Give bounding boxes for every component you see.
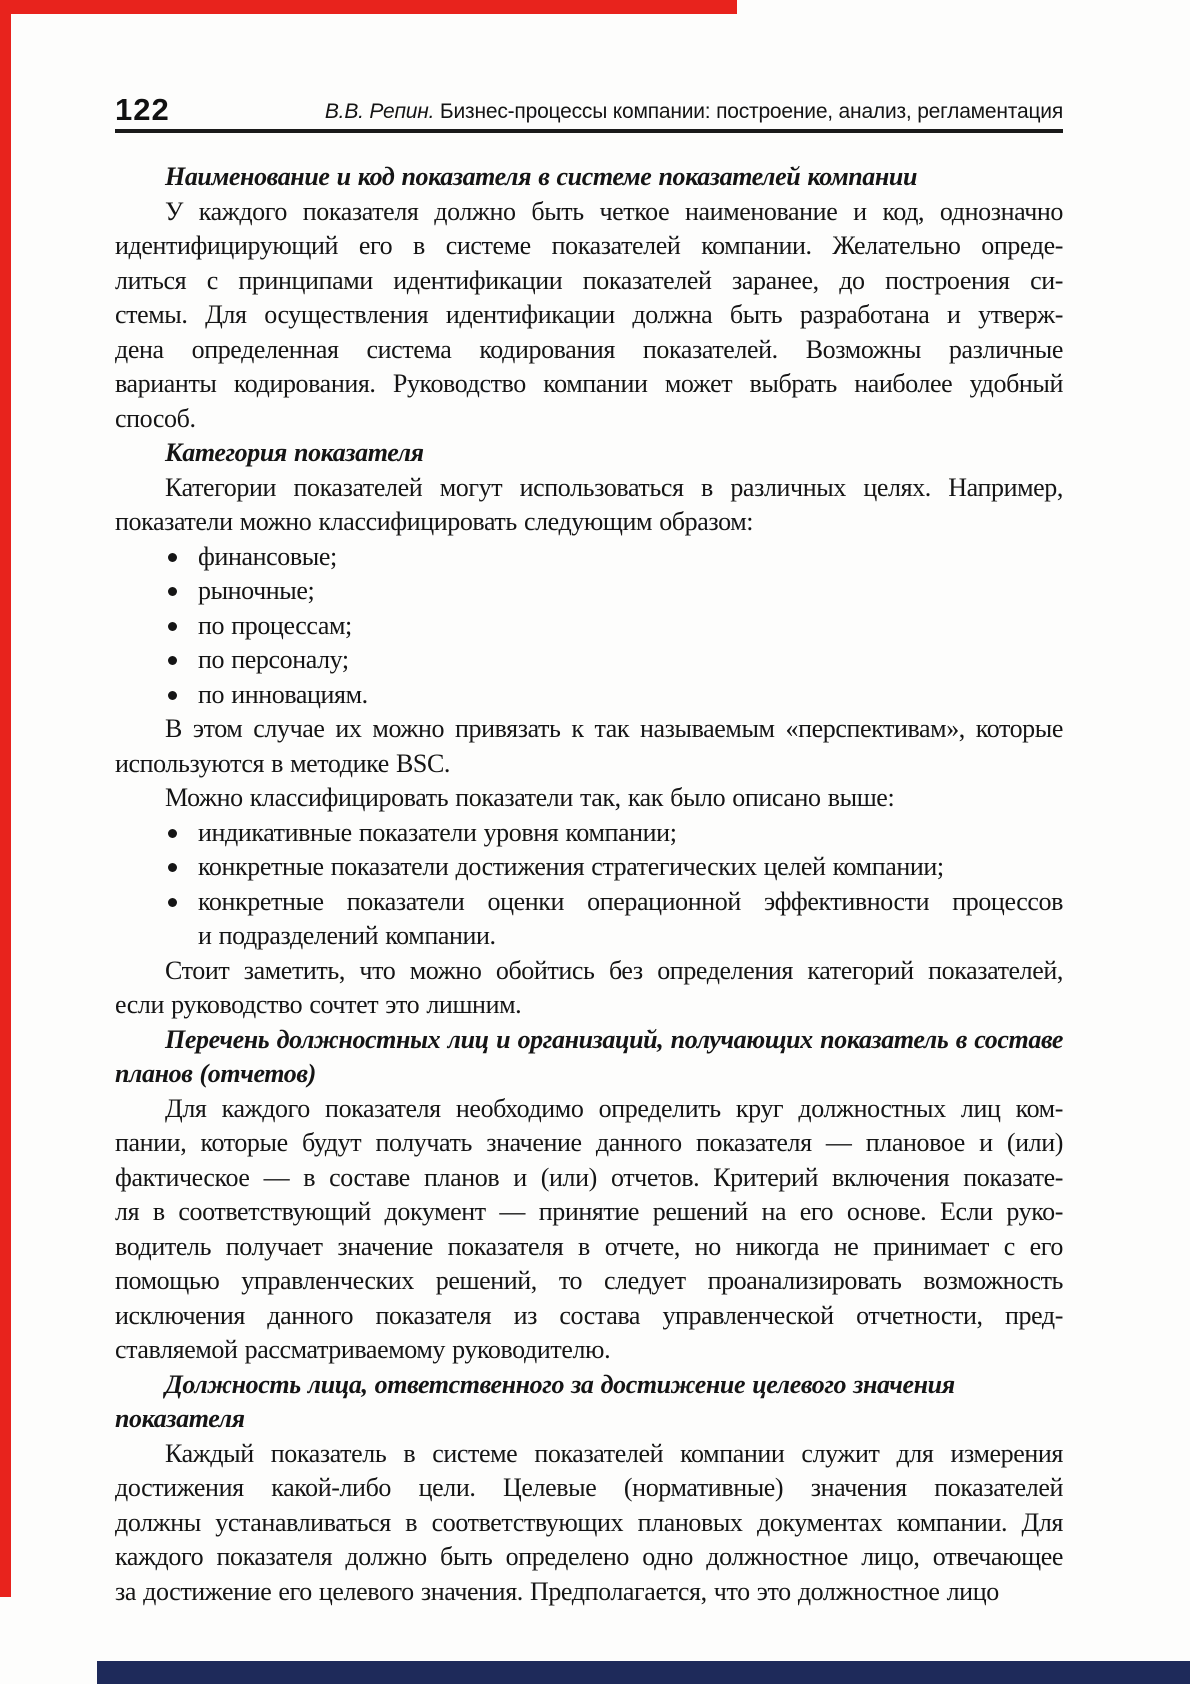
bullet-icon bbox=[168, 863, 177, 872]
paragraph: Каждый показатель в системе показателей … bbox=[115, 1437, 1063, 1610]
list-item: конкретные показатели достижения стратег… bbox=[115, 850, 1063, 885]
text-line: Должность лица, ответственного за достиж… bbox=[115, 1368, 1063, 1437]
text-line: У каждого показателя должно быть четкое … bbox=[115, 195, 1063, 230]
text-line: Стоит заметить, что можно обойтись без о… bbox=[115, 954, 1063, 989]
list-item-text: финансовые; bbox=[198, 540, 1063, 575]
bullet-icon bbox=[168, 656, 177, 665]
text-line: Перечень должностных лиц и организаций, … bbox=[115, 1023, 1063, 1058]
text-line: по процессам; bbox=[198, 609, 1063, 644]
text-line: если руководство сочтет это лишним. bbox=[115, 988, 1063, 1023]
list-item-text: конкретные показатели оценки операционно… bbox=[198, 885, 1063, 954]
header-rule bbox=[115, 129, 1063, 133]
text-line: исключения данного показателя из состава… bbox=[115, 1299, 1063, 1334]
text-line: каждого показателя должно быть определен… bbox=[115, 1540, 1063, 1575]
page-content: Наименование и код показателя в системе … bbox=[115, 160, 1063, 1609]
list-item: по персоналу; bbox=[115, 643, 1063, 678]
scan-artifact-bottom-bar bbox=[97, 1661, 1190, 1684]
text-line: дена определенная система кодирования по… bbox=[115, 333, 1063, 368]
bullet-icon bbox=[168, 587, 177, 596]
list-item: индикативные показатели уровня компании; bbox=[115, 816, 1063, 851]
text-line: за достижение его целевого значения. Пре… bbox=[115, 1575, 1063, 1610]
text-line: финансовые; bbox=[198, 540, 1063, 575]
text-line: В этом случае их можно привязать к так н… bbox=[115, 712, 1063, 747]
text-line: Каждый показатель в системе показателей … bbox=[115, 1437, 1063, 1472]
bullet-icon bbox=[168, 829, 177, 838]
text-line: стемы. Для осуществления идентификации д… bbox=[115, 298, 1063, 333]
text-line: фактическое — в составе планов и (или) о… bbox=[115, 1161, 1063, 1196]
text-line: Категории показателей могут использовать… bbox=[115, 471, 1063, 506]
text-line: способ. bbox=[115, 402, 1063, 437]
bullet-icon bbox=[168, 553, 177, 562]
bullet-list: финансовые;рыночные;по процессам;по перс… bbox=[115, 540, 1063, 713]
text-line: используются в методике BSC. bbox=[115, 747, 1063, 782]
list-item-text: конкретные показатели достижения стратег… bbox=[198, 850, 1063, 885]
list-item: рыночные; bbox=[115, 574, 1063, 609]
text-line: пании, которые будут получать значение д… bbox=[115, 1126, 1063, 1161]
text-line: конкретные показатели достижения стратег… bbox=[198, 850, 1063, 885]
list-item: по процессам; bbox=[115, 609, 1063, 644]
paragraph: Стоит заметить, что можно обойтись без о… bbox=[115, 954, 1063, 1023]
text-line: показатели можно классифицировать следую… bbox=[115, 505, 1063, 540]
paragraph: У каждого показателя должно быть четкое … bbox=[115, 195, 1063, 437]
text-line: и подразделений компании. bbox=[198, 919, 1063, 954]
text-line: Можно классифицировать показатели так, к… bbox=[115, 781, 1063, 816]
text-line: рыночные; bbox=[198, 574, 1063, 609]
text-line: варианты кодирования. Руководство компан… bbox=[115, 367, 1063, 402]
list-item: конкретные показатели оценки операционно… bbox=[115, 885, 1063, 954]
bullet-icon bbox=[168, 622, 177, 631]
section-heading: Должность лица, ответственного за достиж… bbox=[115, 1368, 1063, 1437]
paragraph: Можно классифицировать показатели так, к… bbox=[115, 781, 1063, 816]
bullet-icon bbox=[168, 691, 177, 700]
text-line: должны устанавливаться в соответствующих… bbox=[115, 1506, 1063, 1541]
paragraph: Категории показателей могут использовать… bbox=[115, 471, 1063, 540]
running-header-title: Бизнес-процессы компании: построение, ан… bbox=[440, 100, 1063, 123]
list-item-text: по персоналу; bbox=[198, 643, 1063, 678]
text-line: идентифицирующий его в системе показател… bbox=[115, 229, 1063, 264]
text-line: конкретные показатели оценки операционно… bbox=[198, 885, 1063, 920]
list-item: по инновациям. bbox=[115, 678, 1063, 713]
book-page: 122 В.В. Репин. Бизнес-процессы компании… bbox=[0, 0, 1190, 1684]
text-line: Категория показателя bbox=[115, 436, 1063, 471]
scan-artifact-left-bar bbox=[0, 0, 11, 1597]
text-line: Наименование и код показателя в системе … bbox=[115, 160, 1063, 195]
running-header-author: В.В. Репин. bbox=[325, 100, 434, 123]
list-item-text: по процессам; bbox=[198, 609, 1063, 644]
list-item-text: индикативные показатели уровня компании; bbox=[198, 816, 1063, 851]
text-line: по персоналу; bbox=[198, 643, 1063, 678]
text-line: ставляемой рассматриваемому руководителю… bbox=[115, 1333, 1063, 1368]
paragraph: В этом случае их можно привязать к так н… bbox=[115, 712, 1063, 781]
text-line: ля в соответствующий документ — принятие… bbox=[115, 1195, 1063, 1230]
list-item-text: рыночные; bbox=[198, 574, 1063, 609]
scan-artifact-top-bar bbox=[0, 0, 737, 14]
list-item: финансовые; bbox=[115, 540, 1063, 575]
section-heading: Наименование и код показателя в системе … bbox=[115, 160, 1063, 195]
section-heading: Перечень должностных лиц и организаций, … bbox=[115, 1023, 1063, 1092]
text-line: водитель получает значение показателя в … bbox=[115, 1230, 1063, 1265]
text-line: литься с принципами идентификации показа… bbox=[115, 264, 1063, 299]
text-line: помощью управленческих решений, то следу… bbox=[115, 1264, 1063, 1299]
bullet-icon bbox=[168, 898, 177, 907]
text-line: Для каждого показателя необходимо опреде… bbox=[115, 1092, 1063, 1127]
list-item-text: по инновациям. bbox=[198, 678, 1063, 713]
text-line: по инновациям. bbox=[198, 678, 1063, 713]
section-heading: Категория показателя bbox=[115, 436, 1063, 471]
text-line: достижения какой-либо цели. Целевые (нор… bbox=[115, 1471, 1063, 1506]
running-header: В.В. Репин. Бизнес-процессы компании: по… bbox=[115, 100, 1063, 124]
text-line: индикативные показатели уровня компании; bbox=[198, 816, 1063, 851]
bullet-list: индикативные показатели уровня компании;… bbox=[115, 816, 1063, 954]
paragraph: Для каждого показателя необходимо опреде… bbox=[115, 1092, 1063, 1368]
text-line: планов (отчетов) bbox=[115, 1057, 1063, 1092]
